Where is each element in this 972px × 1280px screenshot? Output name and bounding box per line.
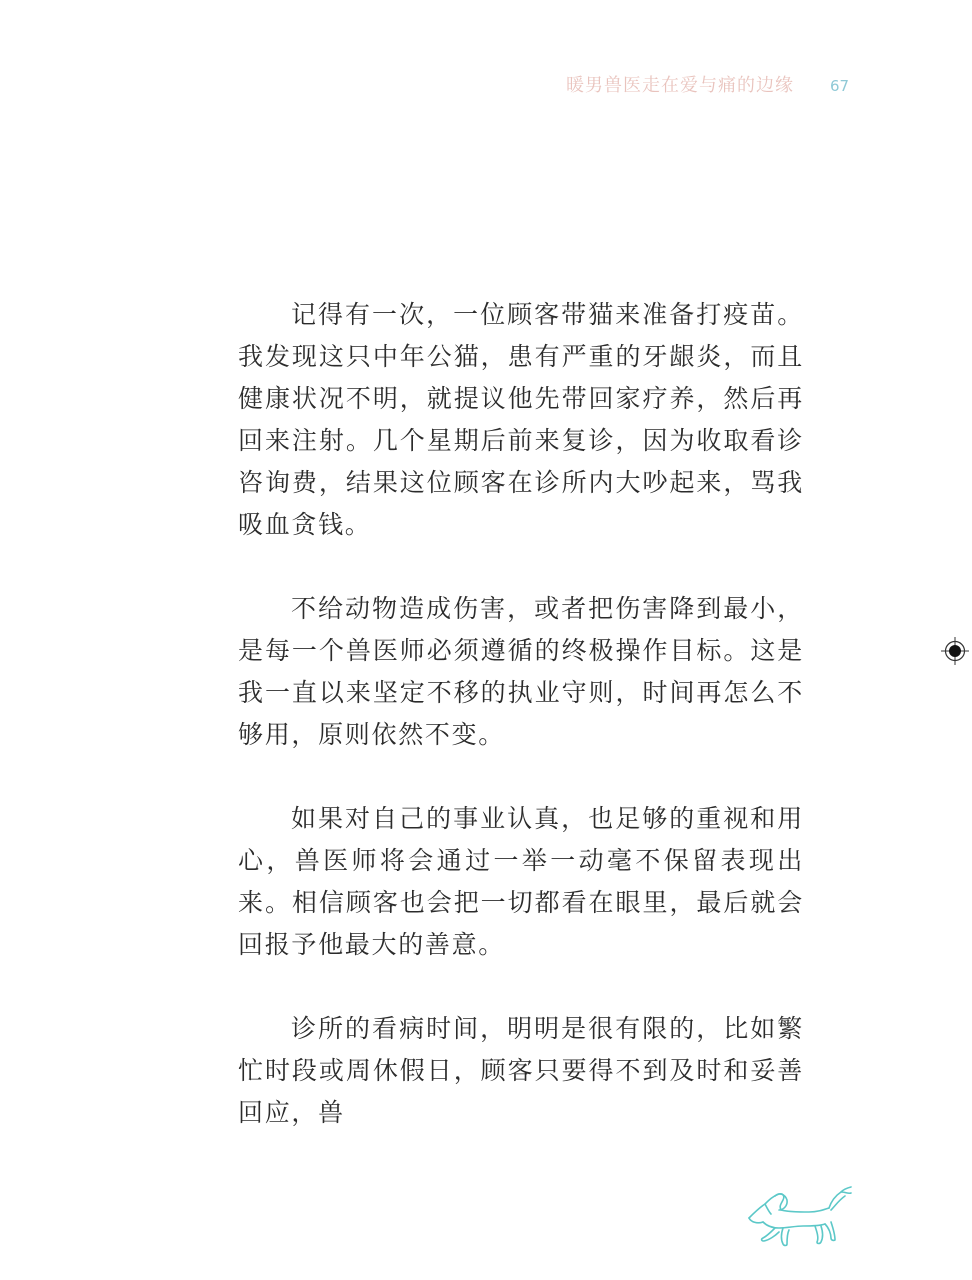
paragraph: 诊所的看病时间，明明是很有限的，比如繁忙时段或周休假日，顾客只要得不到及时和妥善… <box>238 1008 804 1134</box>
chapter-title: 暖男兽医走在爱与痛的边缘 <box>566 72 794 100</box>
paragraph: 如果对自己的事业认真，也足够的重视和用心，兽医师将会通过一举一动毫不保留表现出来… <box>238 798 804 966</box>
dog-illustration-icon <box>745 1182 855 1250</box>
running-header: 暖男兽医走在爱与痛的边缘 67 <box>0 72 972 100</box>
registration-mark-icon <box>941 637 969 665</box>
page-number: 67 <box>830 72 849 100</box>
paragraph: 不给动物造成伤害，或者把伤害降到最小，是每一个兽医师必须遵循的终极操作目标。这是… <box>238 588 804 756</box>
body-text: 记得有一次，一位顾客带猫来准备打疫苗。我发现这只中年公猫，患有严重的牙龈炎，而且… <box>238 294 804 1176</box>
paragraph: 记得有一次，一位顾客带猫来准备打疫苗。我发现这只中年公猫，患有严重的牙龈炎，而且… <box>238 294 804 546</box>
